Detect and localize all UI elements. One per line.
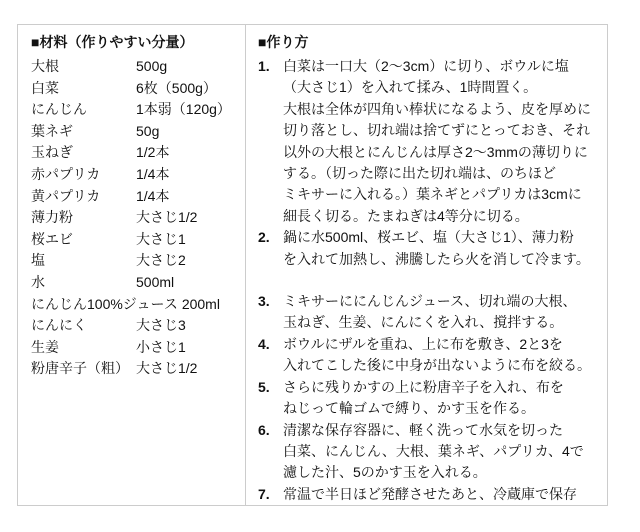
steps-heading: ■作り方 bbox=[258, 32, 601, 53]
ingredient-name: 葉ネギ bbox=[31, 121, 136, 143]
ingredient-name: 生姜 bbox=[31, 337, 136, 359]
ingredient-amount: 大さじ2 bbox=[136, 250, 186, 272]
ingredient-amount: 大さじ1/2 bbox=[136, 207, 197, 229]
ingredient-name: にんじん100%ジュース bbox=[31, 294, 182, 316]
ingredients-heading: ■材料（作りやすい分量） bbox=[31, 32, 237, 53]
ingredient-amount: 1/4本 bbox=[136, 164, 169, 186]
step-item: 1. 白菜は一口大（2〜3cm）に切り、ボウルに塩 （大さじ1）を入れて揉み、1… bbox=[258, 56, 601, 227]
step-text: 鍋に水500ml、桜エビ、塩（大さじ1）、薄力粉 を入れて加熱し、沸騰したら火を… bbox=[283, 227, 601, 270]
ingredient-row: にんじん100%ジュース 200ml bbox=[31, 294, 237, 316]
ingredient-amount: 500ml bbox=[136, 272, 174, 294]
step-number: 3. bbox=[258, 291, 283, 334]
ingredient-row: 薄力粉 大さじ1/2 bbox=[31, 207, 237, 229]
step-item: 3. ミキサーににんじんジュース、切れ端の大根、 玉ねぎ、生姜、にんにくを入れ、… bbox=[258, 291, 601, 334]
step-number: 7. bbox=[258, 484, 283, 505]
ingredient-row: 水 500ml bbox=[31, 272, 237, 294]
step-text: 清潔な保存容器に、軽く洗って水気を切った 白菜、にんじん、大根、葉ネギ、パプリカ… bbox=[283, 420, 601, 484]
ingredient-amount: 1/4本 bbox=[136, 186, 169, 208]
ingredient-row: 生姜 小さじ1 bbox=[31, 337, 237, 359]
ingredient-name: 黄パプリカ bbox=[31, 186, 136, 208]
ingredient-amount: 6枚（500g） bbox=[136, 78, 217, 100]
step-number: 1. bbox=[258, 56, 283, 227]
ingredient-row: 粉唐辛子（粗） 大さじ1/2 bbox=[31, 358, 237, 380]
step-number: 6. bbox=[258, 420, 283, 484]
ingredient-amount: 大さじ1 bbox=[136, 229, 186, 251]
ingredient-row: 大根 500g bbox=[31, 56, 237, 78]
ingredient-row: にんにく 大さじ3 bbox=[31, 315, 237, 337]
ingredient-name: 白菜 bbox=[31, 78, 136, 100]
ingredient-amount: 1本弱（120g） bbox=[136, 99, 231, 121]
ingredient-name: 大根 bbox=[31, 56, 136, 78]
step-item: 7. 常温で半日ほど発酵させたあと、冷蔵庫で保存 する。 bbox=[258, 484, 601, 505]
ingredient-row: 黄パプリカ 1/4本 bbox=[31, 186, 237, 208]
ingredient-amount: 1/2本 bbox=[136, 142, 169, 164]
recipe-table: ■材料（作りやすい分量） 大根 500g 白菜 6枚（500g） にんじん 1本… bbox=[17, 24, 608, 506]
ingredients-column: ■材料（作りやすい分量） 大根 500g 白菜 6枚（500g） にんじん 1本… bbox=[18, 25, 246, 505]
step-text: ボウルにザルを重ね、上に布を敷き、2と3を 入れてこした後に中身が出ないように布… bbox=[283, 334, 601, 377]
step-text: 常温で半日ほど発酵させたあと、冷蔵庫で保存 する。 bbox=[283, 484, 601, 505]
ingredient-row: にんじん 1本弱（120g） bbox=[31, 99, 237, 121]
ingredient-name: 薄力粉 bbox=[31, 207, 136, 229]
step-item: 2. 鍋に水500ml、桜エビ、塩（大さじ1）、薄力粉 を入れて加熱し、沸騰した… bbox=[258, 227, 601, 270]
ingredient-name: 桜エビ bbox=[31, 229, 136, 251]
ingredient-amount: 200ml bbox=[182, 294, 220, 316]
ingredient-row: 桜エビ 大さじ1 bbox=[31, 229, 237, 251]
ingredient-amount: 50g bbox=[136, 121, 159, 143]
step-text: 白菜は一口大（2〜3cm）に切り、ボウルに塩 （大さじ1）を入れて揉み、1時間置… bbox=[283, 56, 601, 227]
step-number: 4. bbox=[258, 334, 283, 377]
ingredient-amount: 500g bbox=[136, 56, 167, 78]
ingredient-name: 水 bbox=[31, 272, 136, 294]
ingredient-row: 白菜 6枚（500g） bbox=[31, 78, 237, 100]
step-item: 5. さらに残りかすの上に粉唐辛子を入れ、布を ねじって輪ゴムで縛り、かす玉を作… bbox=[258, 377, 601, 420]
ingredient-amount: 大さじ3 bbox=[136, 315, 186, 337]
step-number: 5. bbox=[258, 377, 283, 420]
step-number: 2. bbox=[258, 227, 283, 270]
step-text: ミキサーににんじんジュース、切れ端の大根、 玉ねぎ、生姜、にんにくを入れ、撹拌す… bbox=[283, 291, 601, 334]
ingredient-name: 塩 bbox=[31, 250, 136, 272]
ingredient-row: 葉ネギ 50g bbox=[31, 121, 237, 143]
steps-column: ■作り方 1. 白菜は一口大（2〜3cm）に切り、ボウルに塩 （大さじ1）を入れ… bbox=[246, 25, 607, 505]
step-text: さらに残りかすの上に粉唐辛子を入れ、布を ねじって輪ゴムで縛り、かす玉を作る。 bbox=[283, 377, 601, 420]
step-item: 4. ボウルにザルを重ね、上に布を敷き、2と3を 入れてこした後に中身が出ないよ… bbox=[258, 334, 601, 377]
ingredient-row: 塩 大さじ2 bbox=[31, 250, 237, 272]
ingredient-row: 赤パプリカ 1/4本 bbox=[31, 164, 237, 186]
ingredient-name: にんじん bbox=[31, 99, 136, 121]
ingredient-name: 玉ねぎ bbox=[31, 142, 136, 164]
step-item: 6. 清潔な保存容器に、軽く洗って水気を切った 白菜、にんじん、大根、葉ネギ、パ… bbox=[258, 420, 601, 484]
ingredient-name: 赤パプリカ bbox=[31, 164, 136, 186]
ingredient-row: 玉ねぎ 1/2本 bbox=[31, 142, 237, 164]
ingredient-amount: 大さじ1/2 bbox=[136, 358, 197, 380]
ingredient-name: 粉唐辛子（粗） bbox=[31, 358, 136, 380]
ingredient-name: にんにく bbox=[31, 315, 136, 337]
ingredient-amount: 小さじ1 bbox=[136, 337, 186, 359]
